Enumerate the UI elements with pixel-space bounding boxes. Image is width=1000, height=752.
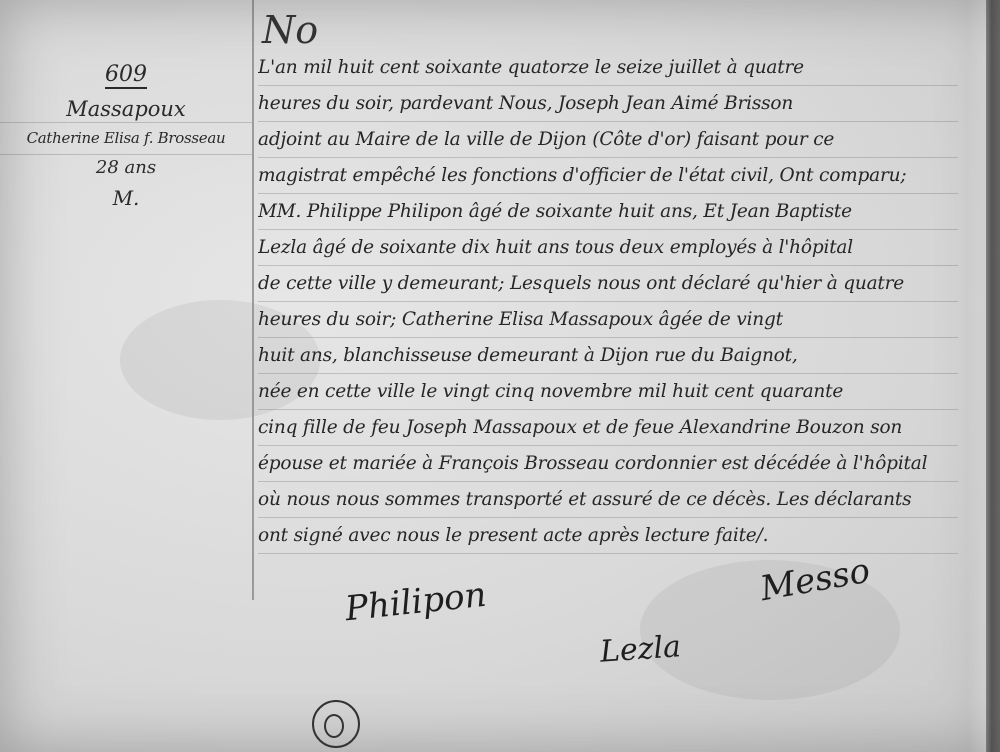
record-line: cinq fille de feu Joseph Massapoux et de… (258, 410, 958, 446)
record-body: L'an mil huit cent soixante quatorze le … (258, 50, 958, 554)
record-line: magistrat empêché les fonctions d'offici… (258, 158, 958, 194)
register-page: 609 Massapoux Catherine Elisa f. Brossea… (0, 0, 1000, 752)
next-entry-mark-icon (312, 700, 360, 748)
record-line: adjoint au Maire de la ville de Dijon (C… (258, 122, 958, 158)
signature-philipon: Philipon (343, 575, 488, 630)
margin-annotation: 609 Massapoux Catherine Elisa f. Brossea… (0, 40, 252, 210)
record-line: de cette ville y demeurant; Lesquels nou… (258, 266, 958, 302)
record-line: huit ans, blanchisseuse demeurant à Dijo… (258, 338, 958, 374)
deceased-given-names: Catherine Elisa f. Brosseau (0, 129, 252, 147)
page-edge-highlight (968, 0, 986, 752)
record-line: heures du soir, pardevant Nous, Joseph J… (258, 86, 958, 122)
record-line: MM. Philippe Philipon âgé de soixante hu… (258, 194, 958, 230)
record-line: L'an mil huit cent soixante quatorze le … (258, 50, 958, 86)
marital-status: M. (0, 186, 252, 210)
binding-edge (986, 0, 1000, 752)
deceased-surname: Massapoux (0, 97, 252, 121)
record-line: où nous nous sommes transporté et assuré… (258, 482, 958, 518)
entry-number: 609 (0, 62, 252, 87)
record-line: née en cette ville le vingt cinq novembr… (258, 374, 958, 410)
margin-column-rule (252, 0, 254, 600)
record-line: épouse et mariée à François Brosseau cor… (258, 446, 958, 482)
entry-initial-mark: No (262, 8, 318, 52)
record-line: heures du soir; Catherine Elisa Massapou… (258, 302, 958, 338)
record-line: Lezla âgé de soixante dix huit ans tous … (258, 230, 958, 266)
deceased-age: 28 ans (0, 157, 252, 178)
record-line: ont signé avec nous le present acte aprè… (258, 518, 958, 554)
signature-lezla: Lezla (599, 629, 682, 670)
